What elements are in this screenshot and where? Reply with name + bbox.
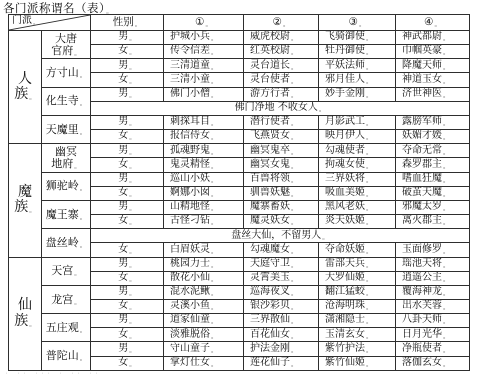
title-cell-rank4: 济世神医 <box>396 88 470 102</box>
cell-text: 映月伊人 <box>325 131 373 142</box>
cell-text: 女 <box>118 358 136 369</box>
title-cell-rank3: 翻江猛蛟 <box>319 286 396 300</box>
group-char: 族 <box>14 314 36 329</box>
cell-text: 男 <box>118 117 136 128</box>
cell-text: 女 <box>118 216 136 227</box>
title-cell-rank4: 嗜血狂魔 <box>396 173 470 187</box>
title-cell-rank3: 夺命妖姬 <box>319 243 396 257</box>
title-cell-rank1: 白眉妖灵 <box>164 243 244 257</box>
title-cell-rank4: 森罗郡主 <box>396 158 470 172</box>
title-cell-rank3: 紫竹护法 <box>319 342 396 356</box>
title-cell-rank1: 刺探耳目 <box>164 116 244 130</box>
cell-text: 红英校尉 <box>250 46 298 57</box>
gender-cell: 男 <box>91 258 164 272</box>
title-cell-rank4: 破茧天魔 <box>396 187 470 201</box>
cell-text: 女 <box>118 330 136 341</box>
cell-text: 男 <box>118 259 136 270</box>
cell-text: 巾帼英豪 <box>402 46 450 57</box>
cell-text: 散花小仙 <box>170 273 218 284</box>
cell-text: 传令信差 <box>170 46 218 57</box>
cell-text: 破茧天魔 <box>402 188 450 199</box>
cell-text: 女 <box>118 46 136 57</box>
gender-cell: 女 <box>91 130 164 144</box>
title-cell-rank2: 勾魂魔女 <box>244 243 319 257</box>
gender-cell: 女 <box>91 272 164 286</box>
cell-text: ④ <box>424 17 441 28</box>
title-cell-rank2: 银沙彩贝 <box>244 300 319 314</box>
sect-name-line: 大唐 <box>55 33 77 45</box>
title-cell-rank2: 灵霄美玉 <box>244 272 319 286</box>
title-cell-rank1: 巡山小妖 <box>164 173 244 187</box>
group-cell-魔族: 魔族 <box>9 144 42 257</box>
cell-text: 鬼灵精怪 <box>170 160 218 171</box>
group-cell-仙族: 仙族 <box>9 258 42 371</box>
title-cell-rank3: 紫竹仙姬 <box>319 357 396 371</box>
title-cell-rank1: 传令信差 <box>164 45 244 59</box>
cell-text: ① <box>195 17 212 28</box>
cell-text: 灵台道长 <box>250 61 298 72</box>
cell-text: 男 <box>118 315 136 326</box>
title-cell-rank3: 潇湘隐士 <box>319 314 396 328</box>
title-cell-rank1: 报信侍女 <box>164 130 244 144</box>
cell-text: 男 <box>118 61 136 72</box>
cell-text: 幽冥女鬼 <box>250 160 298 171</box>
title-cell-rank1: 淡雅脱俗 <box>164 328 244 342</box>
cell-text: 女 <box>118 75 136 86</box>
cell-text: 三界妖将 <box>325 174 373 185</box>
gender-cell: 女 <box>91 73 164 87</box>
sect-name-line: 普陀山 <box>46 350 87 362</box>
cell-text: 男 <box>118 202 136 213</box>
cell-text: 炎天妖姬 <box>325 216 373 227</box>
cell-text: 紫竹仙姬 <box>325 358 373 369</box>
title-cell-rank3: 沧海明珠 <box>319 300 396 314</box>
group-char: 魔 <box>18 185 32 200</box>
title-cell-rank2: 威虎校尉 <box>244 31 319 45</box>
sect-name-line: 天宫 <box>51 265 81 277</box>
title-cell-rank2: 红英校尉 <box>244 45 319 59</box>
cell-text: 翻江猛蛟 <box>325 287 373 298</box>
sect-name-line: 狮驼岭 <box>46 180 87 192</box>
cell-text: 灵台使者 <box>250 75 298 86</box>
cell-text: 牡丹御使 <box>325 46 373 57</box>
title-cell-rank3: 飞骑御使 <box>319 31 396 45</box>
title-cell-rank2: 驯兽妖魅 <box>244 187 319 201</box>
sect-name-line: 魔王寨 <box>46 209 87 221</box>
note-cell: 佛门净地 不收女人 <box>91 102 470 116</box>
title-cell-rank4: 神武都尉 <box>396 31 470 45</box>
title-cell-rank1: 桃园力士 <box>164 258 244 272</box>
title-cell-rank1: 散花小仙 <box>164 272 244 286</box>
cell-text: 男 <box>118 174 136 185</box>
header-gender: 性别 <box>91 15 164 31</box>
cell-text: 男 <box>118 89 136 100</box>
title-cell-rank2: 灵台使者 <box>244 73 319 87</box>
title-cell-rank3: 妙手金刚 <box>319 88 396 102</box>
gender-cell: 男 <box>91 88 164 102</box>
cell-text: 潜行使者 <box>250 117 298 128</box>
cell-text: 妙手金刚 <box>325 89 373 100</box>
cell-text: 女 <box>118 273 136 284</box>
gender-cell: 女 <box>91 45 164 59</box>
cell-text: 覆海神龙 <box>402 287 450 298</box>
title-cell-rank2: 百花仙女 <box>244 328 319 342</box>
sect-name-line: 天魔里 <box>46 124 87 136</box>
cell-text: 大罗仙姬 <box>325 273 373 284</box>
cell-text: 混水泥鳅 <box>170 287 218 298</box>
sect-cell: 狮驼岭 <box>42 173 91 201</box>
cell-text: 威虎校尉 <box>250 32 298 43</box>
cell-text: 游方行者 <box>250 89 298 100</box>
title-cell-rank3: 勾魂使者 <box>319 144 396 158</box>
header-rank-3: ③ <box>319 15 396 31</box>
cell-text: 邪月佳人 <box>325 75 373 86</box>
title-cell-rank1: 婀娜小囡 <box>164 187 244 201</box>
cell-text: 雷部天兵 <box>325 259 373 270</box>
title-cell-rank1: 古怪刁钻 <box>164 215 244 229</box>
cell-text: 逍遥公主 <box>402 273 450 284</box>
title-cell-rank2: 百兽将领 <box>244 173 319 187</box>
cell-text: 山精地怪 <box>170 202 218 213</box>
note-cell: 盘丝大仙，不留男人 <box>91 229 470 243</box>
cell-text: 拘魂女使 <box>325 160 373 171</box>
cell-text: 巡山小妖 <box>170 174 218 185</box>
cell-text: 济世神医 <box>402 89 450 100</box>
cell-text: 神武都尉 <box>402 32 450 43</box>
cell-text: 妖媚才媛 <box>402 131 450 142</box>
gender-cell: 男 <box>91 59 164 73</box>
cell-text: 玉面修罗 <box>402 245 450 256</box>
cell-text: 勾魂使者 <box>325 146 373 157</box>
title-cell-rank3: 月影武工 <box>319 116 396 130</box>
header-rank-2: ② <box>244 15 319 31</box>
cell-text: 巡海夜叉 <box>250 287 298 298</box>
cell-text: 佛门净地 不收女人 <box>235 103 326 114</box>
cell-text: 邪魔太岁 <box>402 202 450 213</box>
title-cell-rank1: 道家仙童 <box>164 314 244 328</box>
title-cell-rank3: 黑风老妖 <box>319 201 396 215</box>
cell-text: 三清小童 <box>170 75 218 86</box>
gender-cell: 男 <box>91 314 164 328</box>
cell-text: 男 <box>118 344 136 355</box>
cell-text: 灵溪小鱼 <box>170 301 218 312</box>
title-cell-rank1: 三清小童 <box>164 73 244 87</box>
cell-text: 夺命妖姬 <box>325 245 373 256</box>
sect-cell: 化生寺 <box>42 88 91 116</box>
title-cell-rank3: 拘魂女使 <box>319 158 396 172</box>
cell-text: 露膀军师 <box>402 117 450 128</box>
sect-name-line: 官府 <box>51 45 81 57</box>
title-cell-rank1: 孤魂野鬼 <box>164 144 244 158</box>
title-cell-rank4: 巾帼英豪 <box>396 45 470 59</box>
cell-text: 男 <box>118 287 136 298</box>
cell-text: 飞燕贤女 <box>250 131 298 142</box>
title-cell-rank4: 邪魔太岁 <box>396 201 470 215</box>
title-cell-rank4: 玉面修罗 <box>396 243 470 257</box>
cell-text: 女 <box>118 160 136 171</box>
cell-text: 月影武工 <box>325 117 373 128</box>
title-cell-rank2: 幽冥女鬼 <box>244 158 319 172</box>
title-cell-rank4: 夺命无常 <box>396 144 470 158</box>
cell-text: 女 <box>118 245 136 256</box>
sect-name-line: 地府 <box>51 158 81 170</box>
title-cell-rank3: 大罗仙姬 <box>319 272 396 286</box>
cell-text: 平妖法师 <box>325 61 373 72</box>
gender-cell: 男 <box>91 342 164 356</box>
cell-text: 净瓶使者 <box>402 344 450 355</box>
group-char: 仙 <box>18 298 32 313</box>
cell-text: 孤魂野鬼 <box>170 146 218 157</box>
cell-text: 女 <box>118 131 136 142</box>
gender-cell: 男 <box>91 286 164 300</box>
header-rank-1: ① <box>164 15 244 31</box>
group-char: 人 <box>18 72 32 87</box>
title-cell-rank2: 魔灵妖女 <box>244 215 319 229</box>
title-cell-rank1: 佛门小僧 <box>164 88 244 102</box>
title-cell-rank1: 山精地怪 <box>164 201 244 215</box>
title-cell-rank4: 妖媚才媛 <box>396 130 470 144</box>
gender-cell: 男 <box>91 173 164 187</box>
title-cell-rank4: 逍遥公主 <box>396 272 470 286</box>
cell-text: 出水芙蓉 <box>402 301 450 312</box>
title-cell-rank1: 鬼灵精怪 <box>164 158 244 172</box>
title-cell-rank3: 玉清玄女 <box>319 328 396 342</box>
cell-text: 百花仙女 <box>250 330 298 341</box>
cell-text: 婀娜小囡 <box>170 188 218 199</box>
title-cell-rank4: 离火郡主 <box>396 215 470 229</box>
cell-text: 桃园力士 <box>170 259 218 270</box>
cell-text: 天庭守卫 <box>250 259 298 270</box>
document-page: 各门派称谓名（表） 门派性别①②③④人族大唐官府男护城小兵威虎校尉飞骑御使神武都… <box>0 0 480 377</box>
cell-text: 男 <box>118 32 136 43</box>
title-cell-rank4: 覆海神龙 <box>396 286 470 300</box>
sect-name-line: 盘丝岭 <box>46 237 87 249</box>
cell-text: 夺命无常 <box>402 146 450 157</box>
cell-text: 离火郡主 <box>402 216 450 227</box>
cell-text: 性别 <box>113 17 142 28</box>
cell-text: 神道玉女 <box>402 75 450 86</box>
sect-title-table: 门派性别①②③④人族大唐官府男护城小兵威虎校尉飞骑御使神武都尉女传令信差红英校尉… <box>8 14 470 371</box>
group-cell-人族: 人族 <box>9 31 42 144</box>
cell-text: 瑶池天将 <box>402 259 450 270</box>
title-cell-rank3: 映月伊人 <box>319 130 396 144</box>
cell-text: 佛门小僧 <box>170 89 218 100</box>
sect-name-line: 五庄观 <box>46 322 87 334</box>
sect-cell: 魔王寨 <box>42 201 91 229</box>
title-cell-rank4: 日月光华 <box>396 328 470 342</box>
cell-text: 莲花仙子 <box>250 358 298 369</box>
title-cell-rank1: 护城小兵 <box>164 31 244 45</box>
title-cell-rank2: 飞燕贤女 <box>244 130 319 144</box>
title-cell-rank2: 灵台道长 <box>244 59 319 73</box>
title-cell-rank4: 露膀军师 <box>396 116 470 130</box>
gender-cell: 女 <box>91 187 164 201</box>
gender-cell: 男 <box>91 144 164 158</box>
title-cell-rank2: 游方行者 <box>244 88 319 102</box>
title-cell-rank4: 神道玉女 <box>396 73 470 87</box>
cell-text: 玉清玄女 <box>325 330 373 341</box>
title-cell-rank3: 吸血美姬 <box>319 187 396 201</box>
sect-cell: 龙宫 <box>42 286 91 314</box>
cell-text: 男 <box>118 146 136 157</box>
gender-cell: 男 <box>91 201 164 215</box>
sect-cell: 普陀山 <box>42 342 91 370</box>
cell-text: 八卦天师 <box>402 315 450 326</box>
cell-text: 森罗郡主 <box>402 160 450 171</box>
gender-cell: 女 <box>91 158 164 172</box>
cell-text: 灵霄美玉 <box>250 273 298 284</box>
cell-text: 守山童子 <box>170 344 218 355</box>
cell-text: 女 <box>118 188 136 199</box>
title-cell-rank3: 平妖法师 <box>319 59 396 73</box>
title-cell-rank4: 八卦天师 <box>396 314 470 328</box>
title-cell-rank1: 三清道童 <box>164 59 244 73</box>
sect-name-line: 方寸山 <box>46 67 87 79</box>
title-cell-rank2: 三界散仙 <box>244 314 319 328</box>
cell-text: 日月光华 <box>402 330 450 341</box>
cell-text: ③ <box>349 17 366 28</box>
title-cell-rank2: 莲花仙子 <box>244 357 319 371</box>
title-cell-rank4: 落伽玄女 <box>396 357 470 371</box>
cell-text: 护法金刚 <box>250 344 298 355</box>
sect-name-line: 化生寺 <box>46 95 87 107</box>
title-cell-rank3: 炎天妖姬 <box>319 215 396 229</box>
title-cell-rank1: 混水泥鳅 <box>164 286 244 300</box>
sect-cell: 幽冥地府 <box>42 144 91 172</box>
sect-cell: 天魔里 <box>42 116 91 144</box>
cell-text: 吸血美姬 <box>325 188 373 199</box>
cell-text: 盘丝大仙，不留男人 <box>231 231 329 242</box>
title-cell-rank2: 潜行使者 <box>244 116 319 130</box>
cell-text: 三界散仙 <box>250 315 298 326</box>
title-cell-rank3: 三界妖将 <box>319 173 396 187</box>
cell-text: 刺探耳目 <box>170 117 218 128</box>
cell-text: 紫竹护法 <box>325 344 373 355</box>
cell-text: 嗜血狂魔 <box>402 174 450 185</box>
cell-text: 护城小兵 <box>170 32 218 43</box>
gender-cell: 男 <box>91 31 164 45</box>
gender-cell: 男 <box>91 116 164 130</box>
title-cell-rank4: 净瓶使者 <box>396 342 470 356</box>
cell-text: 魔寨畜妖 <box>250 202 298 213</box>
title-cell-rank1: 掌灯仕女 <box>164 357 244 371</box>
gender-cell: 女 <box>91 328 164 342</box>
title-cell-rank2: 护法金刚 <box>244 342 319 356</box>
gender-cell: 女 <box>91 243 164 257</box>
cell-text: 勾魂魔女 <box>250 245 298 256</box>
title-cell-rank2: 魔寨畜妖 <box>244 201 319 215</box>
cell-text: 女 <box>118 301 136 312</box>
sect-name-line: 龙宫 <box>51 294 81 306</box>
cell-text: 道家仙童 <box>170 315 218 326</box>
sect-cell: 大唐官府 <box>42 31 91 59</box>
cell-text: 掌灯仕女 <box>170 358 218 369</box>
gender-cell: 女 <box>91 215 164 229</box>
sect-cell: 盘丝岭 <box>42 229 91 257</box>
sect-cell: 天宫 <box>42 258 91 286</box>
gender-cell: 女 <box>91 300 164 314</box>
cell-text: 潇湘隐士 <box>325 315 373 326</box>
cell-text: 银沙彩贝 <box>250 301 298 312</box>
cell-text: 门派 <box>12 16 40 27</box>
cell-text: 淡雅脱俗 <box>170 330 218 341</box>
title-cell-rank2: 幽冥鬼卒 <box>244 144 319 158</box>
title-cell-rank3: 邪月佳人 <box>319 73 396 87</box>
cell-text: 驯兽妖魅 <box>250 188 298 199</box>
header-rank-4: ④ <box>396 15 470 31</box>
title-cell-rank1: 灵溪小鱼 <box>164 300 244 314</box>
cell-text: 落伽玄女 <box>402 358 450 369</box>
cell-text: 报信侍女 <box>170 131 218 142</box>
corner-cell-menpai: 门派 <box>9 15 91 31</box>
gender-cell: 女 <box>91 357 164 371</box>
cell-text: ② <box>273 17 290 28</box>
title-cell-rank4: 降魔天师 <box>396 59 470 73</box>
sect-cell: 方寸山 <box>42 59 91 87</box>
title-cell-rank2: 巡海夜叉 <box>244 286 319 300</box>
title-cell-rank3: 牡丹御使 <box>319 45 396 59</box>
cell-text: 沧海明珠 <box>325 301 373 312</box>
cell-text: 降魔天师 <box>402 61 450 72</box>
title-cell-rank4: 瑶池天将 <box>396 258 470 272</box>
cell-text: 三清道童 <box>170 61 218 72</box>
cell-text: 古怪刁钻 <box>170 216 218 227</box>
title-cell-rank4: 出水芙蓉 <box>396 300 470 314</box>
cell-text: 百兽将领 <box>250 174 298 185</box>
cell-text: 白眉妖灵 <box>170 245 218 256</box>
title-cell-rank3: 雷部天兵 <box>319 258 396 272</box>
cell-text: 黑风老妖 <box>325 202 373 213</box>
cutoff-next-line: · ·· ··· · ·· ·· <box>5 371 101 377</box>
group-char: 族 <box>14 87 36 102</box>
cell-text: 飞骑御使 <box>325 32 373 43</box>
title-cell-rank1: 守山童子 <box>164 342 244 356</box>
cell-text: 魔灵妖女 <box>250 216 298 227</box>
title-cell-rank2: 天庭守卫 <box>244 258 319 272</box>
group-char: 族 <box>14 200 36 215</box>
sect-cell: 五庄观 <box>42 314 91 342</box>
cell-text: 幽冥鬼卒 <box>250 146 298 157</box>
